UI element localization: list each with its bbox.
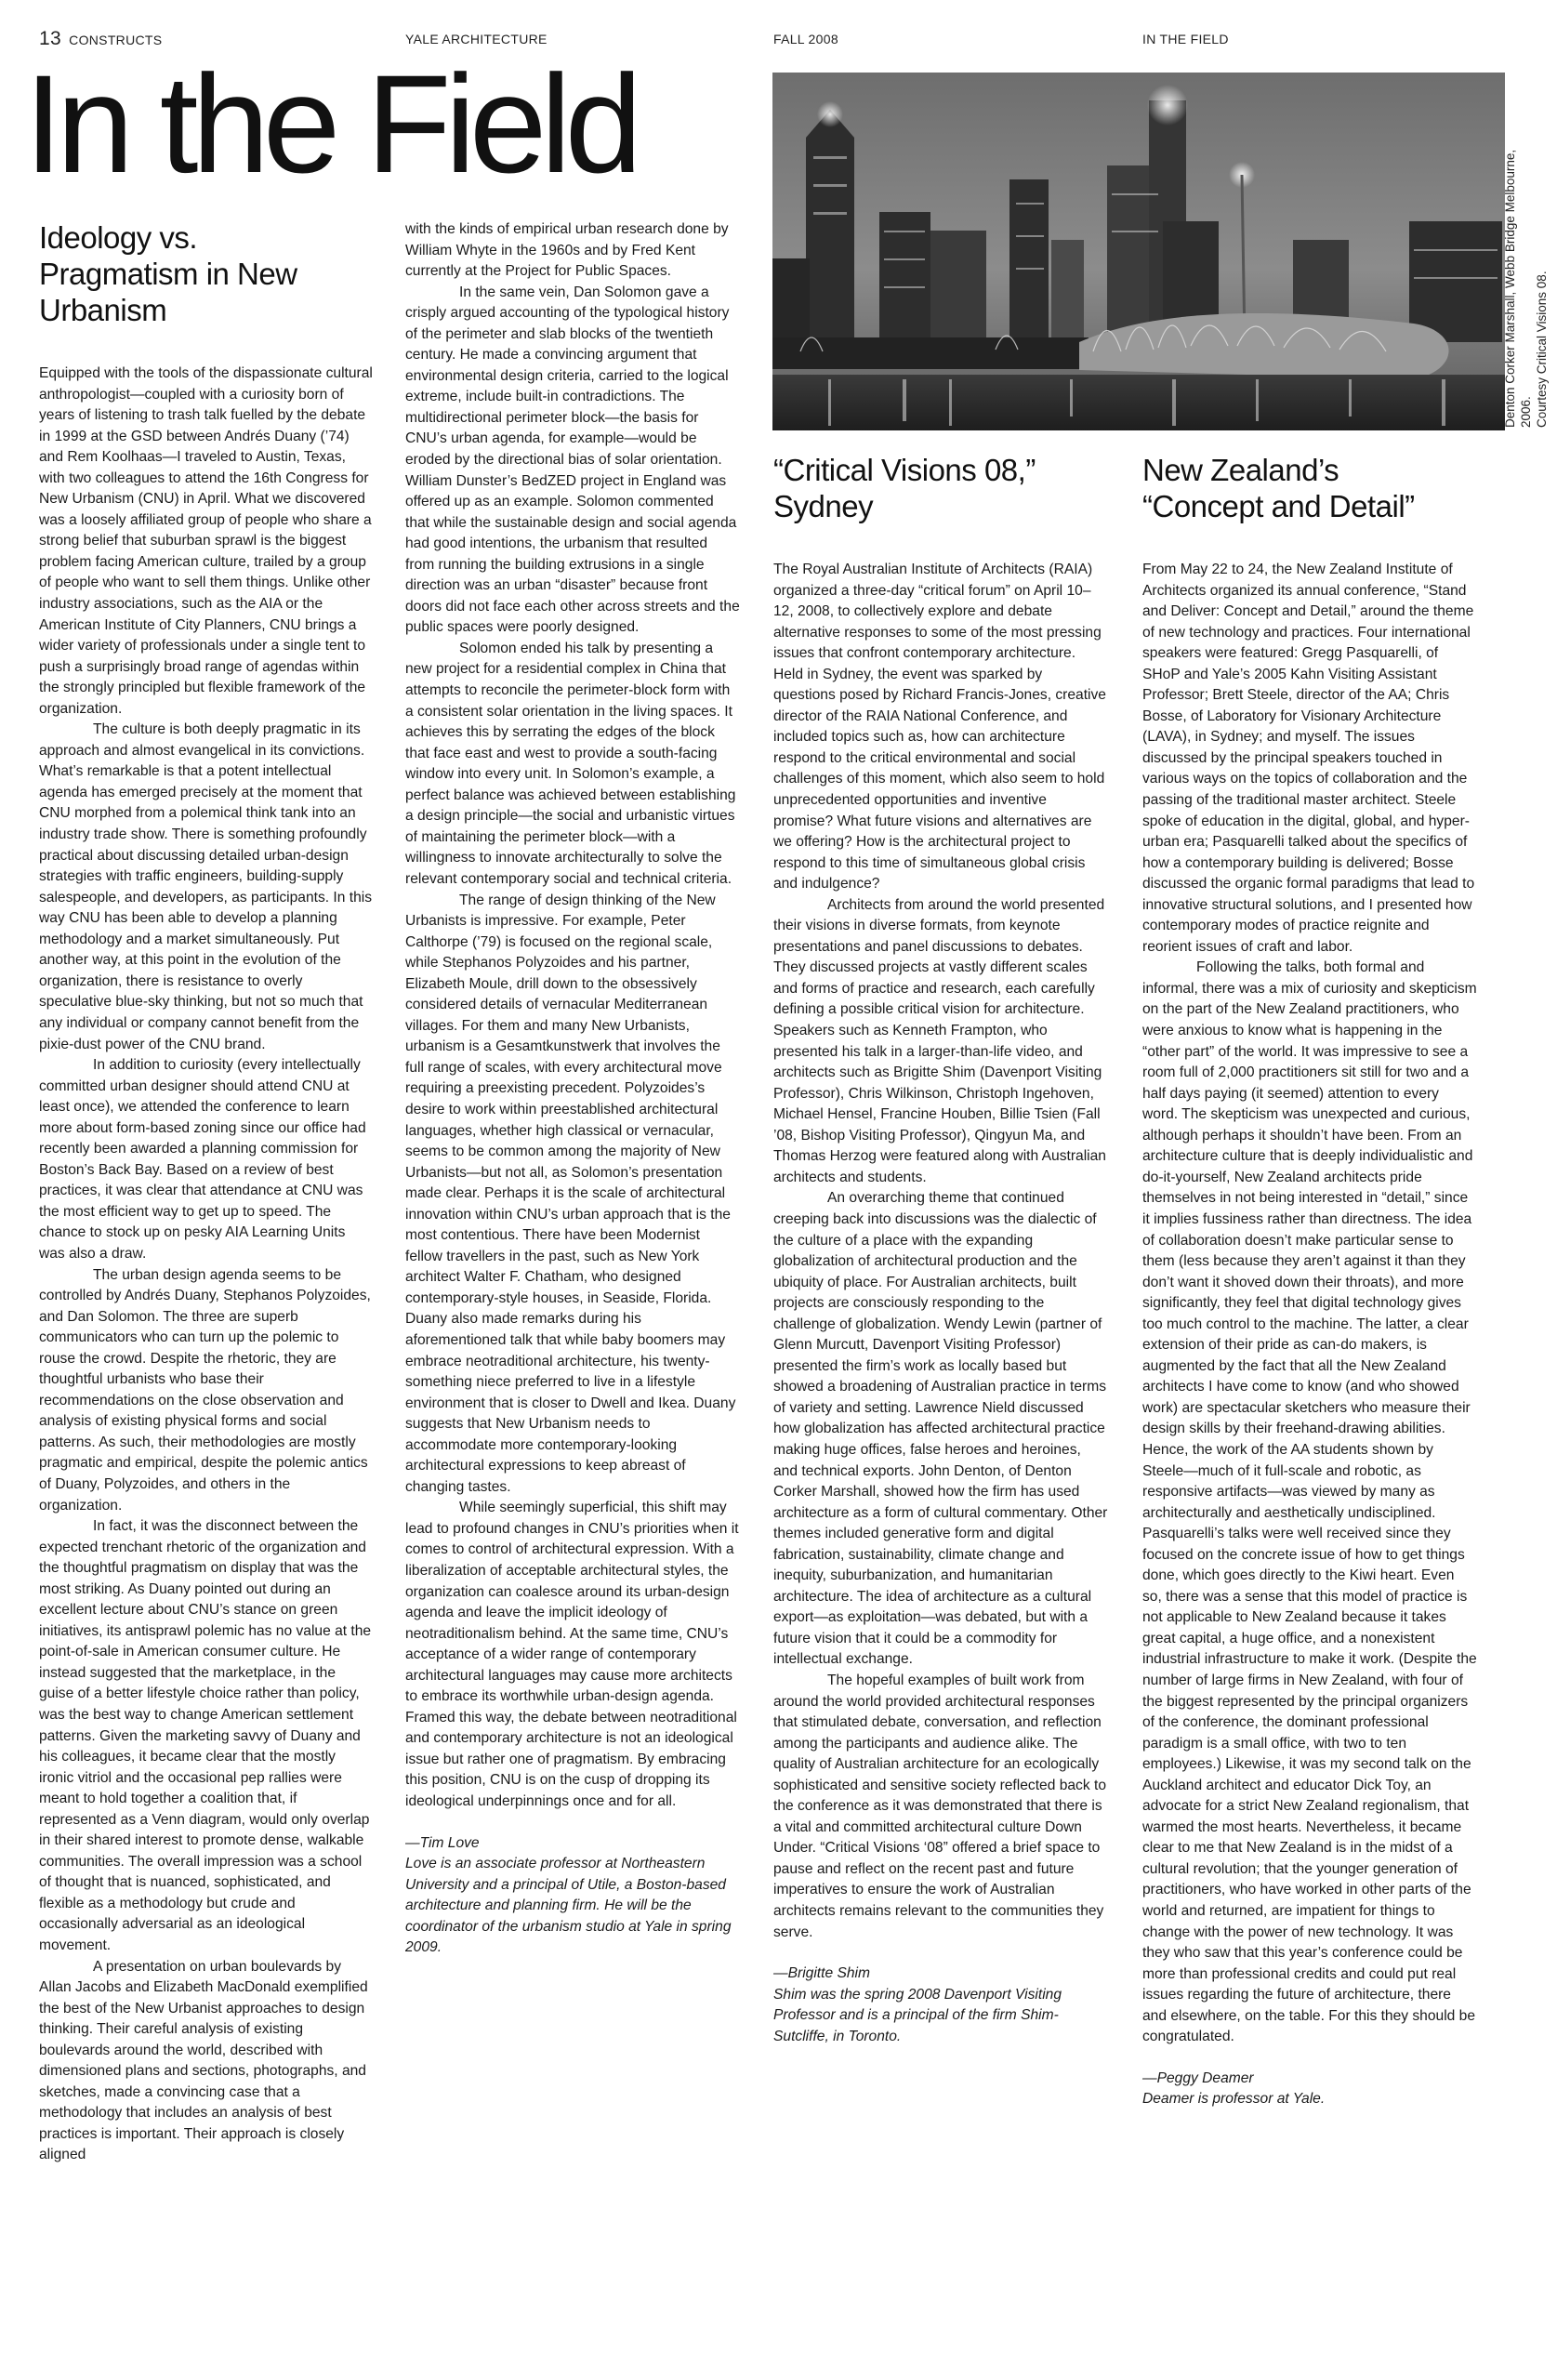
paragraph: In addition to curiosity (every intellec… <box>39 1055 374 1264</box>
paragraph: The Royal Australian Institute of Archit… <box>773 560 1108 895</box>
photo-caption: Denton Corker Marshall, Webb Bridge Melb… <box>1502 121 1543 428</box>
paragraph: with the kinds of empirical urban resear… <box>405 219 740 283</box>
article3-byline: —Peggy Deamer <box>1142 2069 1477 2090</box>
issue-label: FALL 2008 <box>773 32 838 46</box>
article1-column1: Ideology vs. Pragmatism in New Urbanism … <box>39 219 374 2166</box>
article3-author-bio: Deamer is professor at Yale. <box>1142 2089 1477 2110</box>
article2-headline: “Critical Visions 08,” Sydney <box>773 452 1080 524</box>
article2-column: “Critical Visions 08,” Sydney The Royal … <box>773 452 1108 2047</box>
paragraph: The hopeful examples of built work from … <box>773 1671 1108 1943</box>
article3-headline: New Zealand’s “Concept and Detail” <box>1142 452 1449 524</box>
paragraph: Solomon ended his talk by presenting a n… <box>405 639 740 891</box>
paragraph: In the same vein, Dan Solomon gave a cri… <box>405 283 740 639</box>
article1-column2: with the kinds of empirical urban resear… <box>405 219 740 1959</box>
article1-byline: —Tim Love <box>405 1833 740 1855</box>
paragraph: Equipped with the tools of the dispassio… <box>39 364 374 720</box>
paragraph: An overarching theme that continued cree… <box>773 1188 1108 1671</box>
publication-label: YALE ARCHITECTURE <box>405 32 548 46</box>
melbourne-skyline-image <box>772 73 1505 430</box>
article1-headline: Ideology vs. Pragmatism in New Urbanism <box>39 219 346 328</box>
article1-author-bio: Love is an associate professor at Northe… <box>405 1854 740 1959</box>
paragraph: The culture is both deeply pragmatic in … <box>39 720 374 1055</box>
department-label: IN THE FIELD <box>1142 32 1229 46</box>
paragraph: In fact, it was the disconnect between t… <box>39 1516 374 1956</box>
article3-column: New Zealand’s “Concept and Detail” From … <box>1142 452 1477 2110</box>
photo-credit-text: Denton Corker Marshall, Webb Bridge Melb… <box>1502 121 1550 428</box>
paragraph: While seemingly superficial, this shift … <box>405 1498 740 1812</box>
paragraph: A presentation on urban boulevards by Al… <box>39 1957 374 2166</box>
paragraph: Architects from around the world present… <box>773 895 1108 1189</box>
skyline-photo <box>772 73 1505 430</box>
paragraph: Following the talks, both formal and inf… <box>1142 958 1477 2047</box>
paragraph: The range of design thinking of the New … <box>405 891 740 1499</box>
paragraph: From May 22 to 24, the New Zealand Insti… <box>1142 560 1477 958</box>
article2-byline: —Brigitte Shim <box>773 1963 1108 1985</box>
page-title: In the Field <box>24 54 636 193</box>
article2-author-bio: Shim was the spring 2008 Davenport Visit… <box>773 1985 1108 2048</box>
paragraph: The urban design agenda seems to be cont… <box>39 1265 374 1517</box>
